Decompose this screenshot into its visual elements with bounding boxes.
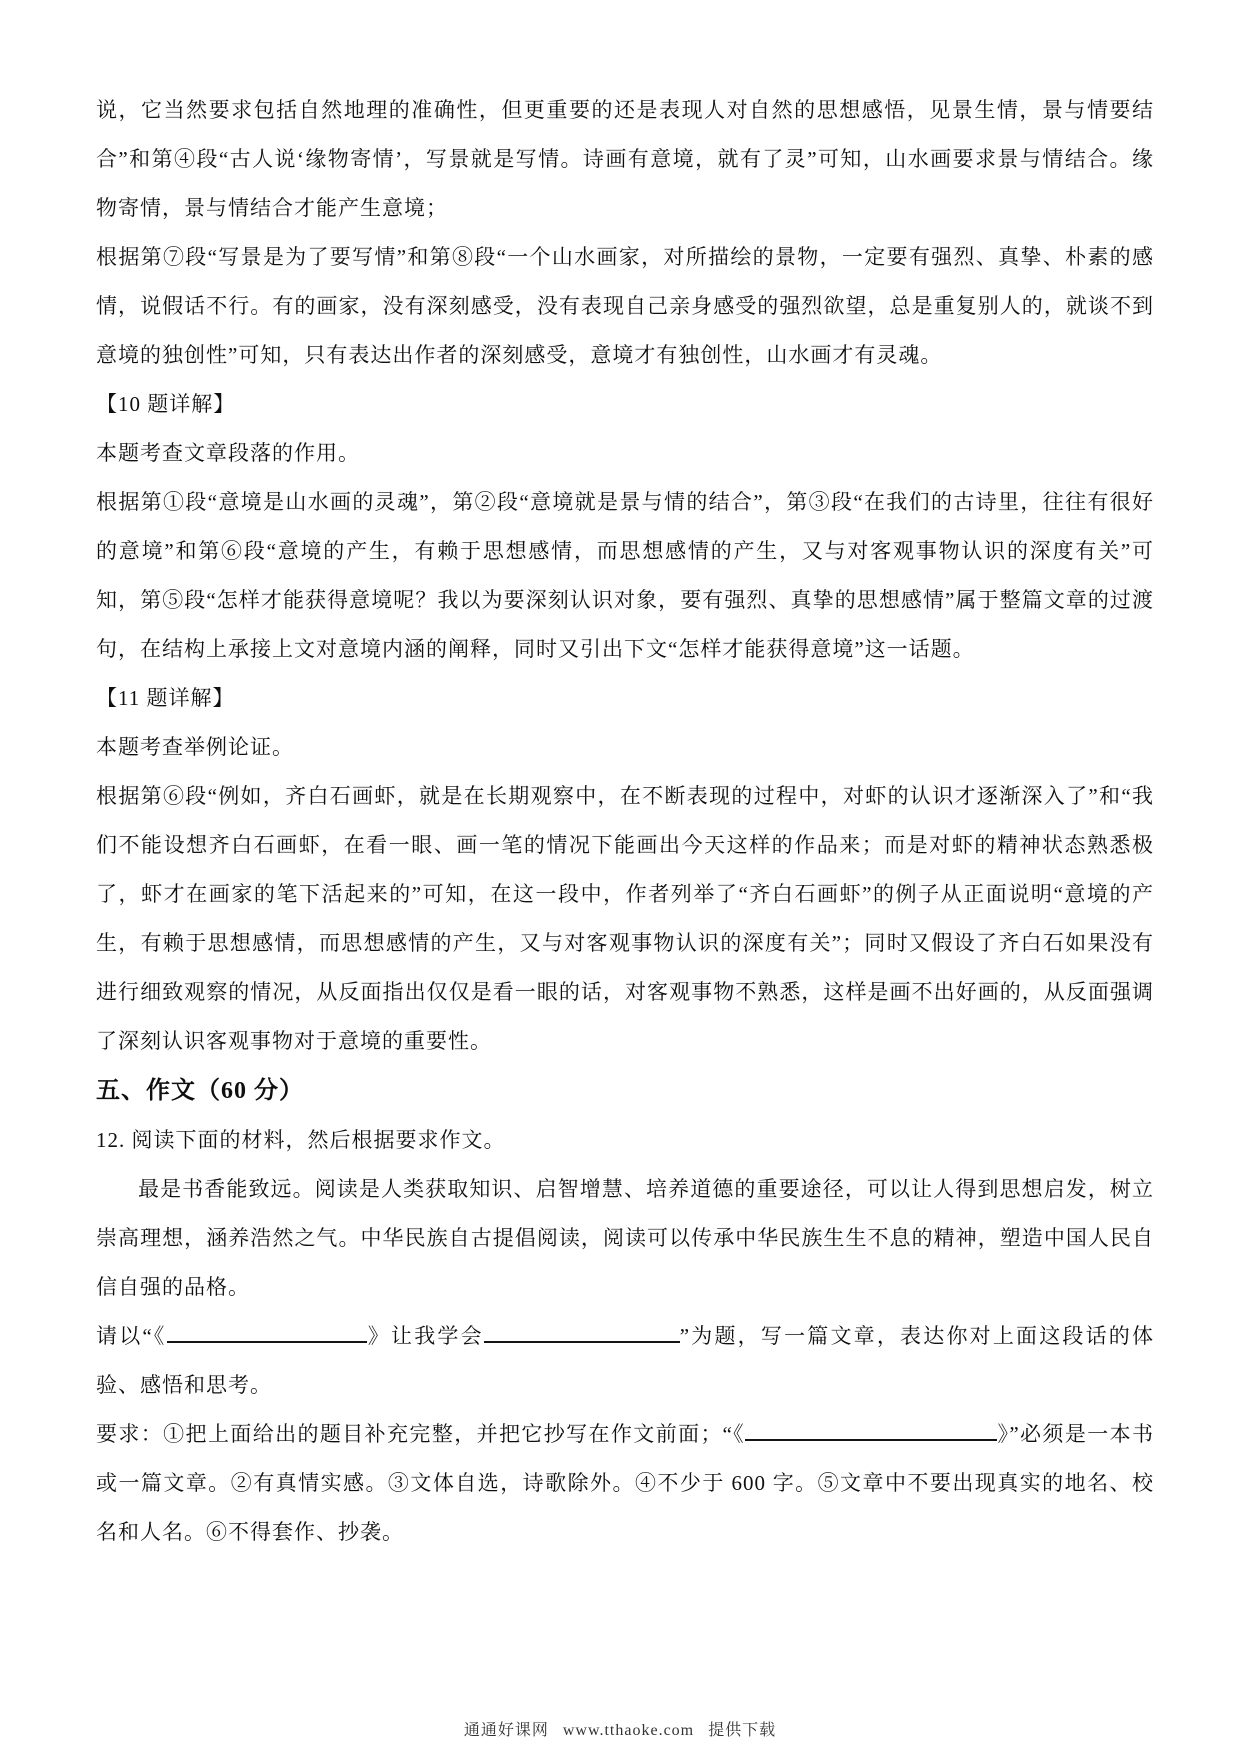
question-10-point: 本题考查文章段落的作用。 bbox=[96, 429, 1154, 478]
question-11-point: 本题考查举例论证。 bbox=[96, 723, 1154, 772]
page-footer: 通通好课网www.tthaoke.com提供下载 bbox=[0, 1720, 1240, 1742]
answer-paragraph-evidence-7-8: 根据第⑦段“写景是为了要写情”和第⑧段“一个山水画家，对所描绘的景物，一定要有强… bbox=[96, 233, 1154, 380]
footer-site-url: www.tthaoke.com bbox=[563, 1722, 694, 1739]
essay-requirements-paragraph: 要求：①把上面给出的题目补充完整，并把它抄写在作文前面；“《》”必须是一本书或一… bbox=[96, 1410, 1154, 1557]
answer-continuation-paragraph: 说，它当然要求包括自然地理的准确性，但更重要的还是表现人对自然的思想感悟，见景生… bbox=[96, 86, 1154, 233]
question-12-intro: 12. 阅读下面的材料，然后根据要求作文。 bbox=[96, 1116, 1154, 1165]
question-10-analysis: 根据第①段“意境是山水画的灵魂”，第②段“意境就是景与情的结合”，第③段“在我们… bbox=[96, 478, 1154, 674]
question-11-analysis: 根据第⑥段“例如，齐白石画虾，就是在长期观察中，在不断表现的过程中，对虾的认识才… bbox=[96, 772, 1154, 1066]
essay-title-instruction: 请以“《》让我学会”为题，写一篇文章，表达你对上面这段话的体验、感悟和思考。 bbox=[96, 1312, 1154, 1410]
requirements-part1: 要求：①把上面给出的题目补充完整，并把它抄写在作文前面；“《 bbox=[96, 1422, 745, 1446]
essay-material-paragraph: 最是书香能致远。阅读是人类获取知识、启智增慧、培养道德的重要途径，可以让人得到思… bbox=[96, 1165, 1154, 1312]
document-content: 说，它当然要求包括自然地理的准确性，但更重要的还是表现人对自然的思想感悟，见景生… bbox=[96, 86, 1154, 1557]
footer-site-name: 通通好课网 bbox=[464, 1722, 549, 1739]
section-heading-essay: 五、作文（60 分） bbox=[96, 1066, 1154, 1116]
title-line-prefix: 请以“《 bbox=[96, 1324, 167, 1348]
question-10-detail-heading: 【10 题详解】 bbox=[96, 380, 1154, 429]
footer-note: 提供下载 bbox=[708, 1722, 776, 1739]
title-blank-book bbox=[167, 1319, 367, 1343]
question-11-detail-heading: 【11 题详解】 bbox=[96, 674, 1154, 723]
title-blank-lesson bbox=[484, 1319, 680, 1343]
requirement-blank-title bbox=[745, 1417, 997, 1441]
title-line-mid: 》让我学会 bbox=[367, 1324, 484, 1348]
